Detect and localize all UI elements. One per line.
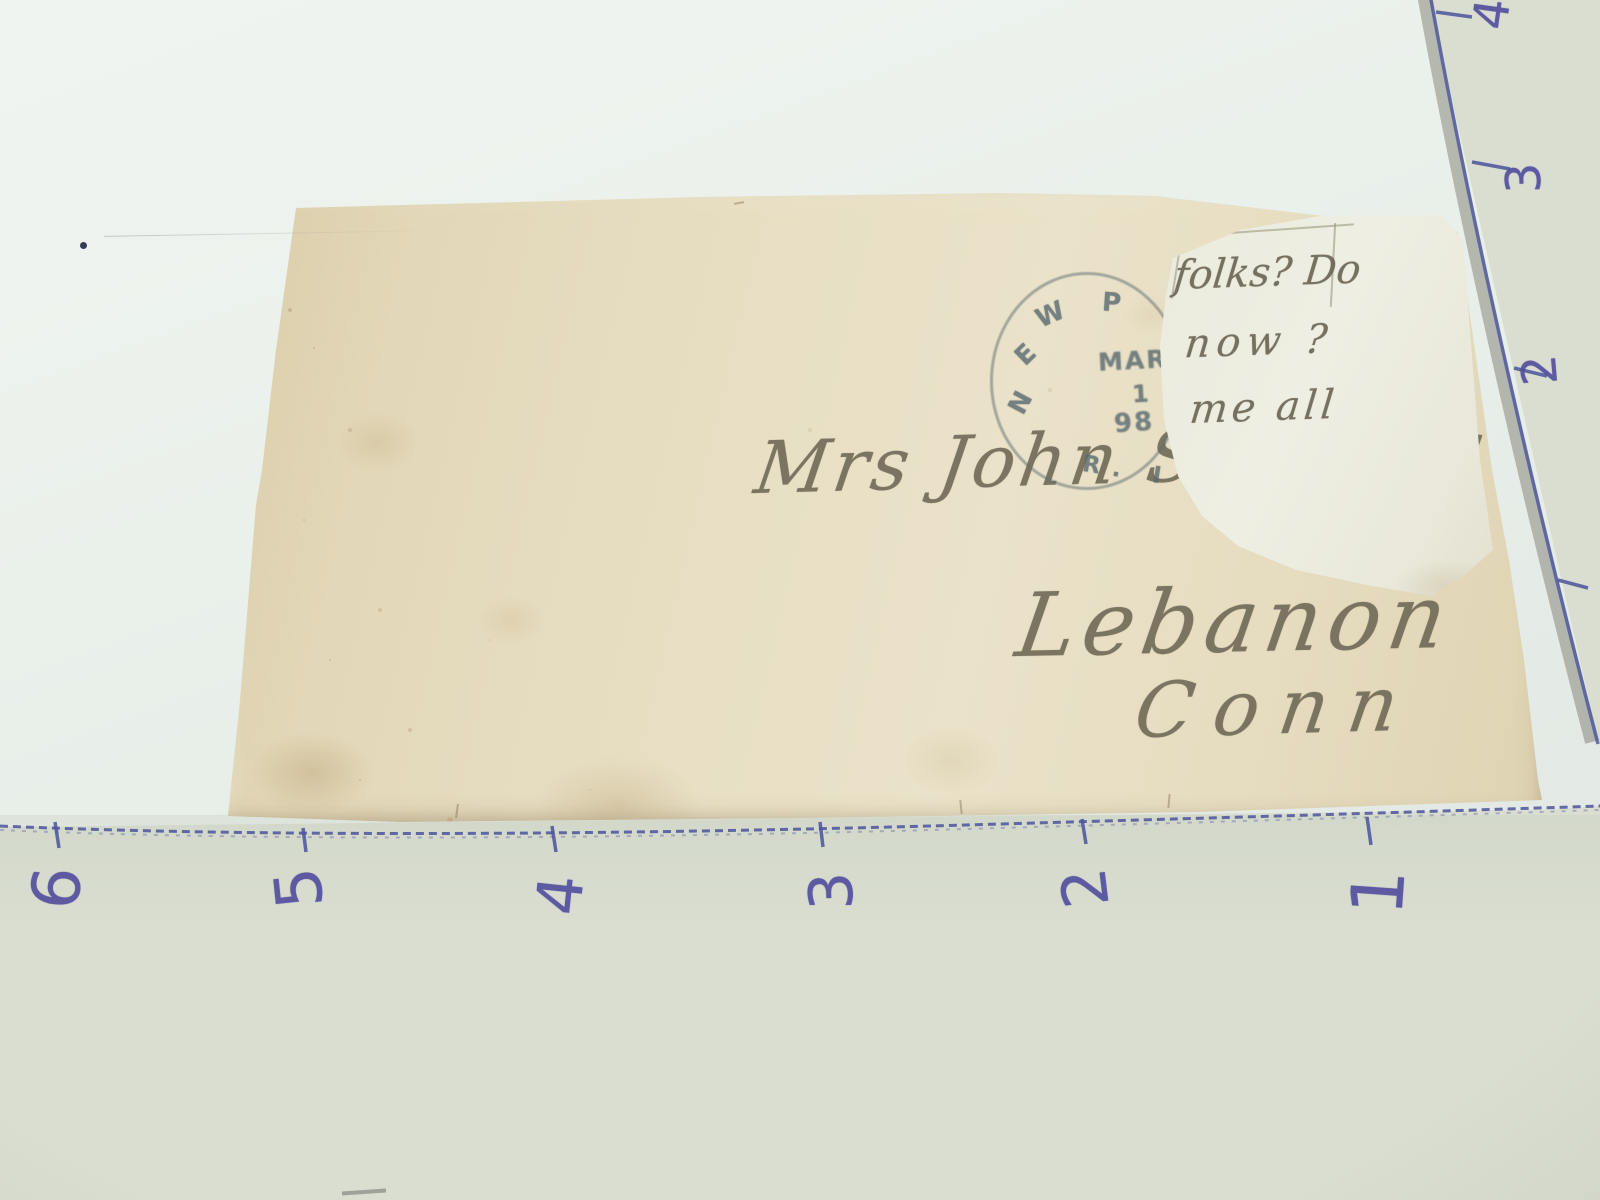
postmark-stamp: N E W P MAR 1 98 R. I	[986, 270, 1186, 494]
foxing-specks	[288, 308, 292, 312]
ink-dot	[80, 242, 87, 249]
scrap-note-line-1: folks? Do	[1172, 246, 1364, 299]
edge-nick	[1167, 794, 1170, 808]
edge-nick	[734, 201, 744, 205]
postmark-arc-letter: P	[1101, 287, 1122, 318]
edge-nick	[959, 800, 962, 814]
ruler-digit-6: 6	[17, 863, 98, 913]
photo-canvas: 6 5 4 3 2 1 4 3 2 Mrs John Spooner Leban…	[0, 0, 1600, 1200]
postmark-year: 98	[1113, 407, 1155, 440]
address-state: Conn	[1129, 658, 1424, 755]
postmark-day: 1	[1131, 380, 1149, 409]
ruler-digit-5: 5	[261, 864, 339, 912]
scrap-note-line-3: me all	[1188, 382, 1341, 433]
scrap-note-line-2: k now ?	[1134, 316, 1336, 369]
ruler-digit-right-2: 2	[1511, 352, 1569, 387]
bottom-tick-marks	[55, 817, 1371, 852]
postmark-month: MAR	[1097, 344, 1168, 377]
ruler-digit-3: 3	[796, 871, 867, 912]
ruler-digit-4: 4	[522, 872, 599, 919]
ruler-digit-right-3: 3	[1495, 162, 1552, 194]
edge-nick	[455, 804, 459, 818]
ruler-digit-1: 1	[1335, 866, 1422, 918]
